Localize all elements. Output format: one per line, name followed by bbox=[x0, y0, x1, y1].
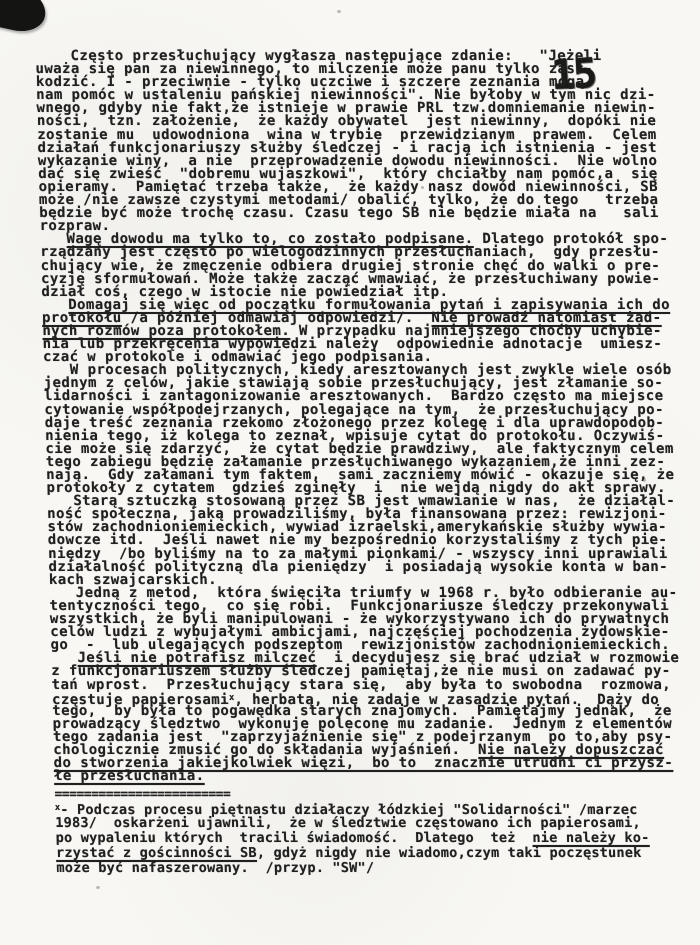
text-segment: będzie być może trochę czasu. Czasu tego… bbox=[39, 205, 659, 221]
text-segment: 1983/ oskarżeni ujawnili, że w śledztwie… bbox=[55, 815, 641, 831]
underlined-text: rzystać z gościnności SB bbox=[56, 845, 257, 861]
text-line: łe przesłuchania. bbox=[54, 770, 700, 783]
underlined-text: nie należy ko- bbox=[532, 830, 650, 846]
text-segment: , gdyż nigdy nie wiadomo,czym taki poczę… bbox=[257, 845, 642, 861]
text-line: tań wprost. Przesłuchujący stara się, ab… bbox=[51, 679, 699, 692]
footnote-line: po wypaleniu których tracili świadomość.… bbox=[55, 831, 700, 846]
scan-speckle bbox=[96, 886, 100, 889]
underlined-text: łe przesłuchania. bbox=[54, 768, 205, 784]
footnote-line: 1983/ oskarżeni ujawnili, że w śledztwie… bbox=[55, 816, 700, 831]
text-segment: tań wprost. Przesłuchujący stara się, ab… bbox=[51, 677, 671, 693]
document-body-text: Często przesłuchujący wygłasza następują… bbox=[35, 50, 700, 876]
footnote-line: może być nafaszerowany. /przyp. "SW"/ bbox=[56, 861, 700, 876]
footnote-separator-line: ======================== bbox=[54, 788, 700, 801]
text-segment: może być nafaszerowany. /przyp. "SW"/ bbox=[56, 860, 374, 876]
text-line: będzie być może trochę czasu. Czasu tego… bbox=[39, 207, 687, 220]
scan-speckle bbox=[421, 186, 424, 189]
scan-speckle bbox=[337, 10, 341, 13]
scan-speckle bbox=[643, 478, 646, 482]
footnote-line: x- Podczas procesu piętnastu działaczy ł… bbox=[55, 801, 700, 816]
text-segment: po wypaleniu których tracili świadomość.… bbox=[55, 830, 532, 846]
footnote-line: rzystać z gościnności SB, gdyż nigdy nie… bbox=[56, 846, 700, 861]
corner-ink-mark bbox=[0, 0, 50, 36]
scanned-document-page: 15 Często przesłuchujący wygłasza następ… bbox=[0, 0, 700, 945]
